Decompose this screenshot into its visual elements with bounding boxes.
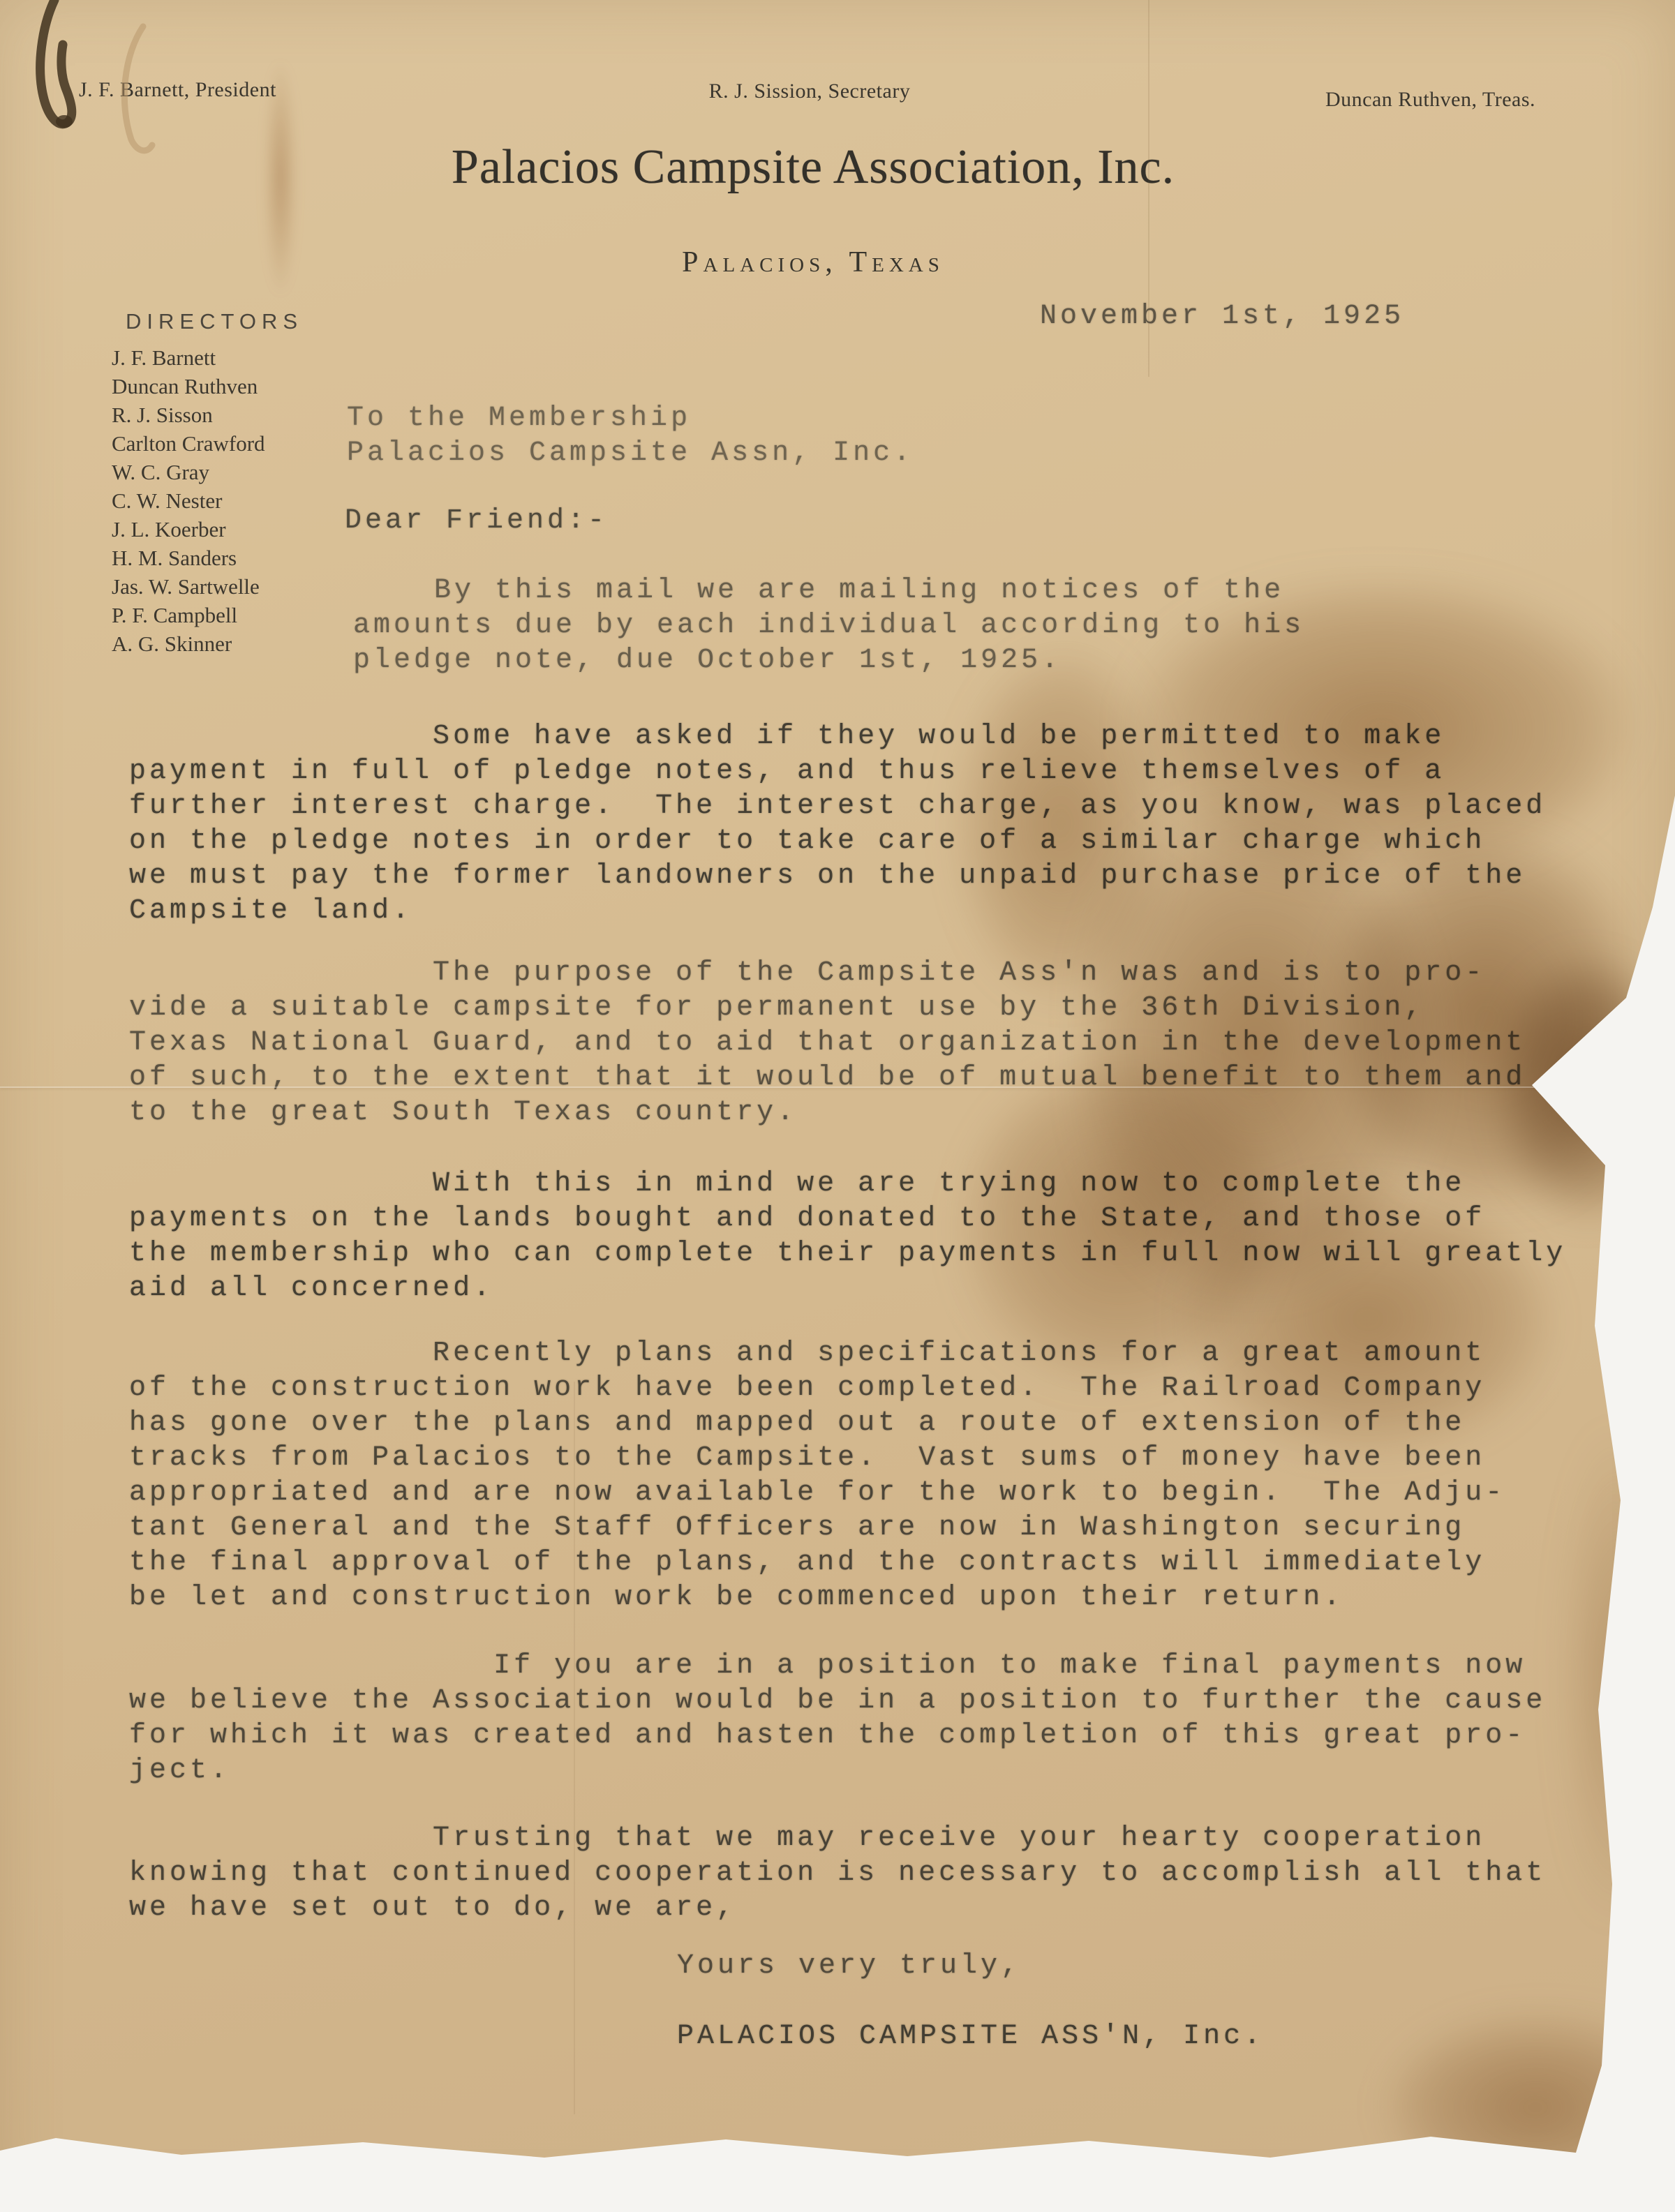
- director-name: C. W. Nester: [112, 486, 265, 515]
- officer-secretary: R. J. Sission, Secretary: [709, 80, 911, 103]
- officer-treasurer: Duncan Ruthven, Treas.: [1325, 88, 1535, 112]
- director-name: Jas. W. Sartwelle: [112, 572, 265, 601]
- director-name: A. G. Skinner: [112, 629, 265, 658]
- association-location: Palacios, Texas: [682, 246, 944, 279]
- association-title: Palacios Campsite Association, Inc.: [452, 140, 1175, 195]
- typed-line: to the great South Texas country.: [129, 1096, 1526, 1130]
- paragraph-3: The purpose of the Campsite Ass'n was an…: [129, 956, 1526, 1130]
- typed-line: By this mail we are mailing notices of t…: [353, 574, 1304, 608]
- director-name: P. F. Campbell: [112, 601, 265, 629]
- typed-line: Texas National Guard, and to aid that or…: [129, 1026, 1526, 1061]
- typed-line: aid all concerned.: [129, 1271, 1566, 1306]
- typed-line: we must pay the former landowners on the…: [129, 859, 1546, 894]
- typed-line: the membership who can complete their pa…: [129, 1236, 1566, 1271]
- closing: Yours very truly,: [677, 1949, 1021, 1984]
- scanned-letter: J. F. Barnett, President R. J. Sission, …: [0, 0, 1675, 2212]
- typed-line: With this in mind we are trying now to c…: [129, 1167, 1566, 1202]
- director-name: H. M. Sanders: [112, 544, 265, 572]
- letter-date: November 1st, 1925: [1040, 299, 1404, 334]
- rust-mark: [21, 0, 202, 156]
- typed-line: If you are in a position to make final p…: [129, 1649, 1546, 1684]
- typed-line: we have set out to do, we are,: [129, 1891, 1546, 1926]
- typed-line: we believe the Association would be in a…: [129, 1684, 1546, 1719]
- directors-heading: DIRECTORS: [126, 309, 303, 334]
- typed-line: tant General and the Staff Officers are …: [129, 1511, 1505, 1546]
- director-name: J. L. Koerber: [112, 515, 265, 544]
- recipient-line: Palacios Campsite Assn, Inc.: [347, 436, 914, 471]
- signature: PALACIOS CAMPSITE ASS'N, Inc.: [677, 2019, 1264, 2054]
- typed-line: has gone over the plans and mapped out a…: [129, 1406, 1505, 1441]
- typed-line: appropriated and are now available for t…: [129, 1476, 1505, 1511]
- typed-line: payment in full of pledge notes, and thu…: [129, 754, 1546, 789]
- typed-line: further interest charge. The interest ch…: [129, 789, 1546, 824]
- paragraph-6: If you are in a position to make final p…: [129, 1649, 1546, 1788]
- typed-line: of such, to the extent that it would be …: [129, 1061, 1526, 1096]
- paragraph-1: By this mail we are mailing notices of t…: [353, 574, 1304, 678]
- recipient-line: To the Membership: [347, 401, 914, 436]
- typed-line: knowing that continued cooperation is ne…: [129, 1856, 1546, 1891]
- director-name: R. J. Sisson: [112, 401, 265, 429]
- typed-line: ject.: [129, 1754, 1546, 1788]
- typed-line: Trusting that we may receive your hearty…: [129, 1821, 1546, 1856]
- typed-line: Campsite land.: [129, 894, 1546, 929]
- typed-line: amounts due by each individual according…: [353, 608, 1304, 643]
- typed-line: The purpose of the Campsite Ass'n was an…: [129, 956, 1526, 991]
- director-name: W. C. Gray: [112, 458, 265, 486]
- typed-line: tracks from Palacios to the Campsite. Va…: [129, 1441, 1505, 1476]
- directors-list: J. F. BarnettDuncan RuthvenR. J. SissonC…: [112, 343, 265, 658]
- director-name: Duncan Ruthven: [112, 372, 265, 401]
- director-name: Carlton Crawford: [112, 429, 265, 458]
- typed-line: of the construction work have been compl…: [129, 1371, 1505, 1406]
- typed-line: for which it was created and hasten the …: [129, 1719, 1546, 1754]
- letter-paper: J. F. Barnett, President R. J. Sission, …: [0, 0, 1675, 2212]
- typed-line: payments on the lands bought and donated…: [129, 1202, 1566, 1236]
- paragraph-2: Some have asked if they would be permitt…: [129, 719, 1546, 929]
- typed-line: be let and construction work be commence…: [129, 1580, 1505, 1615]
- typed-line: Some have asked if they would be permitt…: [129, 719, 1546, 754]
- typed-line: Recently plans and specifications for a …: [129, 1336, 1505, 1371]
- recipient-block: To the MembershipPalacios Campsite Assn,…: [347, 401, 914, 471]
- paragraph-7: Trusting that we may receive your hearty…: [129, 1821, 1546, 1926]
- typed-line: pledge note, due October 1st, 1925.: [353, 643, 1304, 678]
- typed-line: vide a suitable campsite for permanent u…: [129, 991, 1526, 1026]
- water-stain: [1389, 2017, 1675, 2198]
- water-stain: [1563, 1430, 1668, 1919]
- director-name: J. F. Barnett: [112, 343, 265, 372]
- salutation: Dear Friend:-: [345, 504, 608, 539]
- paragraph-4: With this in mind we are trying now to c…: [129, 1167, 1566, 1306]
- typed-line: on the pledge notes in order to take car…: [129, 824, 1546, 859]
- paragraph-5: Recently plans and specifications for a …: [129, 1336, 1505, 1615]
- typed-line: the final approval of the plans, and the…: [129, 1546, 1505, 1580]
